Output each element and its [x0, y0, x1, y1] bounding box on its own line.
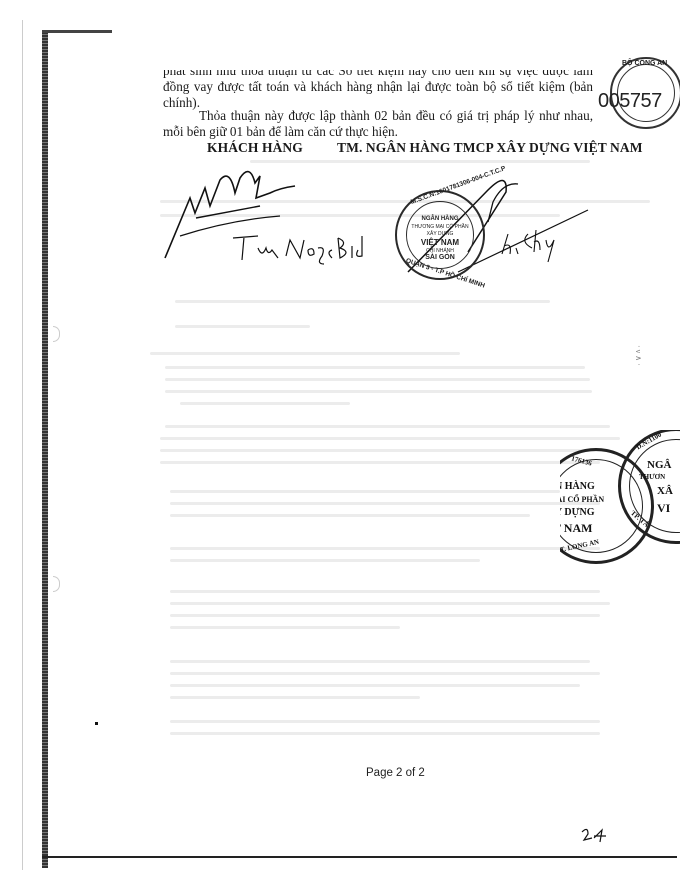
scan-edge-line [22, 20, 23, 870]
scanned-page: phát sinh như thỏa thuận từ các Sổ tiết … [0, 0, 680, 880]
paragraph-continued: phát sinh như thỏa thuận từ các Sổ tiết … [163, 70, 593, 111]
bleed-line [170, 547, 600, 550]
bleed-line [165, 425, 610, 428]
stamp-line: NGÂN HÀNG [397, 216, 483, 222]
stamp-line: N HÀNG [560, 481, 595, 492]
stamp-line: XÂY DỰNG [397, 231, 483, 237]
bleed-line [170, 502, 600, 505]
bleed-line [170, 490, 560, 493]
binding-border-top [42, 30, 112, 33]
bleed-line [160, 437, 620, 440]
page-number: Page 2 of 2 [366, 767, 425, 779]
scan-speck [95, 722, 98, 725]
bleed-line [175, 300, 550, 303]
binding-border-left [42, 30, 48, 868]
bleed-line [170, 626, 400, 629]
bleed-line [170, 732, 600, 735]
bleed-line [170, 590, 600, 593]
bleed-line [165, 378, 590, 381]
bank-heading: TM. NGÂN HÀNG TMCP XÂY DỰNG VIỆT NAM [337, 140, 643, 156]
police-stamp-serial: 005757 [598, 90, 662, 113]
customer-handwritten-name-icon [228, 228, 368, 268]
handwritten-page-mark-icon [580, 826, 610, 844]
bleed-line [160, 449, 610, 452]
bleed-line [165, 390, 592, 393]
stamp-line: THƯƠNG MẠI CỔ PHẦN [397, 224, 483, 230]
bleed-line [170, 684, 580, 687]
customer-heading: KHÁCH HÀNG [207, 140, 303, 156]
bleed-line [180, 402, 350, 405]
bleed-line [170, 614, 600, 617]
bleed-line [150, 352, 460, 355]
police-stamp-ring-text: BỘ CÔNG AN [622, 60, 667, 67]
bleed-line [170, 696, 420, 699]
stamp-line: NGÂ [647, 459, 671, 471]
stamp-line: Y DỰNG [560, 507, 595, 518]
stamp-line: THƯƠN [639, 473, 665, 481]
punch-hole [53, 576, 60, 592]
bleed-line [170, 514, 530, 517]
bleed-line [170, 559, 480, 562]
stamp-line: VI [657, 501, 670, 516]
stamp-line: XÂ [657, 485, 673, 497]
bleed-line [170, 672, 600, 675]
binding-border-bottom [42, 856, 677, 858]
bleed-line [165, 366, 585, 369]
margin-mark: · ν ∧ · [634, 345, 643, 366]
bleed-line [170, 602, 610, 605]
bleed-line [160, 461, 600, 464]
clipped-stamps: N HÀNG MẠI CỔ PHẦN Y DỰNG T NAM 176136 N… [560, 430, 680, 570]
bleed-line [170, 660, 590, 663]
stamp-line: MẠI CỔ PHẦN [560, 495, 604, 504]
bleed-line [175, 325, 310, 328]
bank-saigon-stamp: NGÂN HÀNG THƯƠNG MẠI CỔ PHẦN XÂY DỰNG VI… [395, 190, 485, 280]
punch-hole [53, 326, 60, 342]
paragraph-line: đồng vay được tất toán và khách hàng nhậ… [163, 79, 593, 110]
agreement-paragraph: Thỏa thuận này được lập thành 02 bản đều… [163, 108, 593, 140]
paragraph-cut-line: phát sinh như thỏa thuận từ các Sổ tiết … [163, 70, 593, 79]
bleed-line [170, 720, 600, 723]
stamp-line: T NAM [560, 521, 592, 536]
stamp-line: VIỆT NAM [397, 238, 483, 247]
